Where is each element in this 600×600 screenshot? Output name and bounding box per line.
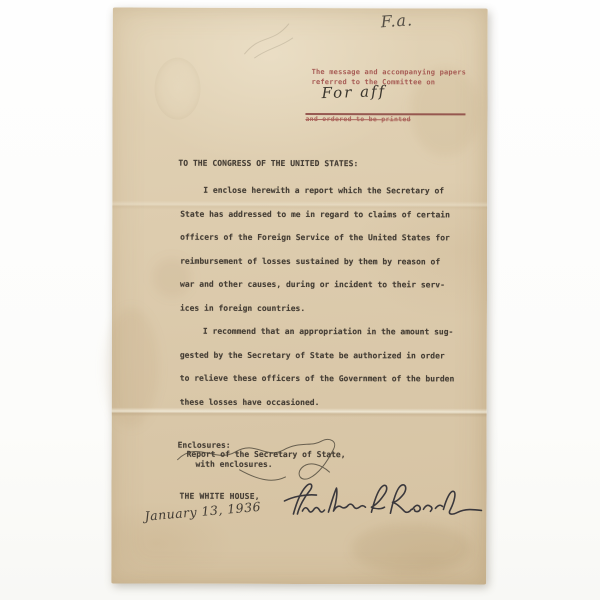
signature-franklin-d-roosevelt (283, 478, 483, 523)
stamp-struck-text: and ordered to be printed (305, 116, 410, 123)
handwritten-committee-name: For aff (321, 82, 386, 102)
embossed-watermark (154, 58, 200, 120)
body-line: I enclose herewith a report which the Se… (180, 186, 475, 210)
body-line: ices in foreign countries. (180, 303, 475, 327)
stamp-text-line: The message and accompanying papers (312, 68, 482, 78)
body-line: gested by the Secretary of State be auth… (180, 350, 475, 374)
pencil-scratch-marks (243, 18, 323, 63)
document-page: F.a. The message and accompanying papers… (111, 8, 488, 585)
handwritten-initials: F.a. (380, 10, 414, 31)
body-line: reimbursement of losses sustained by the… (180, 256, 475, 280)
body-line: war and other causes, during or incident… (180, 280, 475, 304)
photo-background: F.a. The message and accompanying papers… (0, 0, 600, 600)
salutation: TO THE CONGRESS OF THE UNITED STATES: (178, 159, 358, 168)
committee-referral-stamp: The message and accompanying papers refe… (311, 68, 481, 128)
body-line: to relieve these officers of the Governm… (180, 374, 475, 398)
body-line: State has addressed to me in regard to c… (180, 209, 475, 233)
handwritten-date: January 13, 1936 (144, 499, 262, 524)
body-line: I recommend that an appropriation in the… (180, 327, 475, 351)
body-line: these losses have occasioned. (180, 397, 475, 421)
body-line: officers of the Foreign Service of the U… (180, 233, 475, 257)
paper-stain (351, 523, 471, 573)
letter-body: I enclose herewith a report which the Se… (180, 186, 476, 422)
